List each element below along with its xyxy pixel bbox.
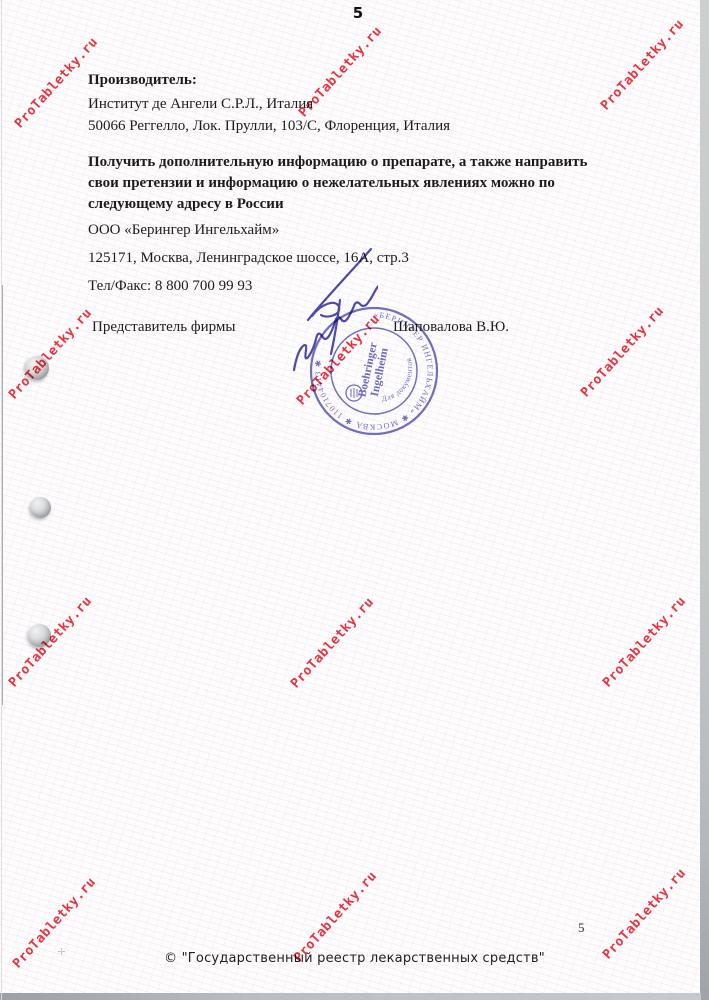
company-name: ООО «Берингер Ингельхайм» [88, 221, 279, 240]
page-number-bottom: 5 [578, 920, 585, 936]
page-number-top: 5 [340, 4, 376, 22]
info-paragraph-line-1: Получить дополнительную информацию о пре… [88, 152, 587, 173]
watermark-text: ProTabletky.ru [296, 24, 386, 121]
watermark-text: ProTabletky.ru [578, 304, 668, 401]
watermark-text: ProTabletky.ru [288, 595, 378, 692]
scan-edge-bottom [0, 993, 701, 1000]
info-paragraph-line-3: следующему адресу в России [88, 194, 284, 215]
watermark-text: ProTabletky.ru [600, 594, 690, 691]
watermark-text: ProTabletky.ru [6, 306, 96, 403]
representative-label: Представитель фирмы [92, 318, 235, 337]
scan-artifact [58, 948, 65, 955]
signature-ink [278, 242, 378, 377]
phone-fax: Тел/Факс: 8 800 700 99 93 [88, 277, 252, 296]
manufacturer-name: Институт де Ангели С.Р.Л., Италия [88, 95, 313, 114]
watermark-text: ProTabletky.ru [600, 866, 690, 963]
info-paragraph-line-2: свои претензии и информацию о нежелатель… [88, 173, 555, 194]
watermark-text: ProTabletky.ru [598, 17, 688, 114]
manufacturer-label: Производитель: [88, 71, 197, 90]
watermark-text: ProTabletky.ru [6, 594, 96, 691]
scan-edge-right [700, 0, 709, 1000]
scan-edge-left-line [2, 285, 3, 705]
hole-punch-middle [30, 497, 51, 518]
manufacturer-address: 50066 Реггелло, Лок. Прулли, 103/С, Флор… [88, 117, 450, 136]
scanned-document-page: 5 5 © "Государственный реестр лекарствен… [0, 0, 709, 1000]
